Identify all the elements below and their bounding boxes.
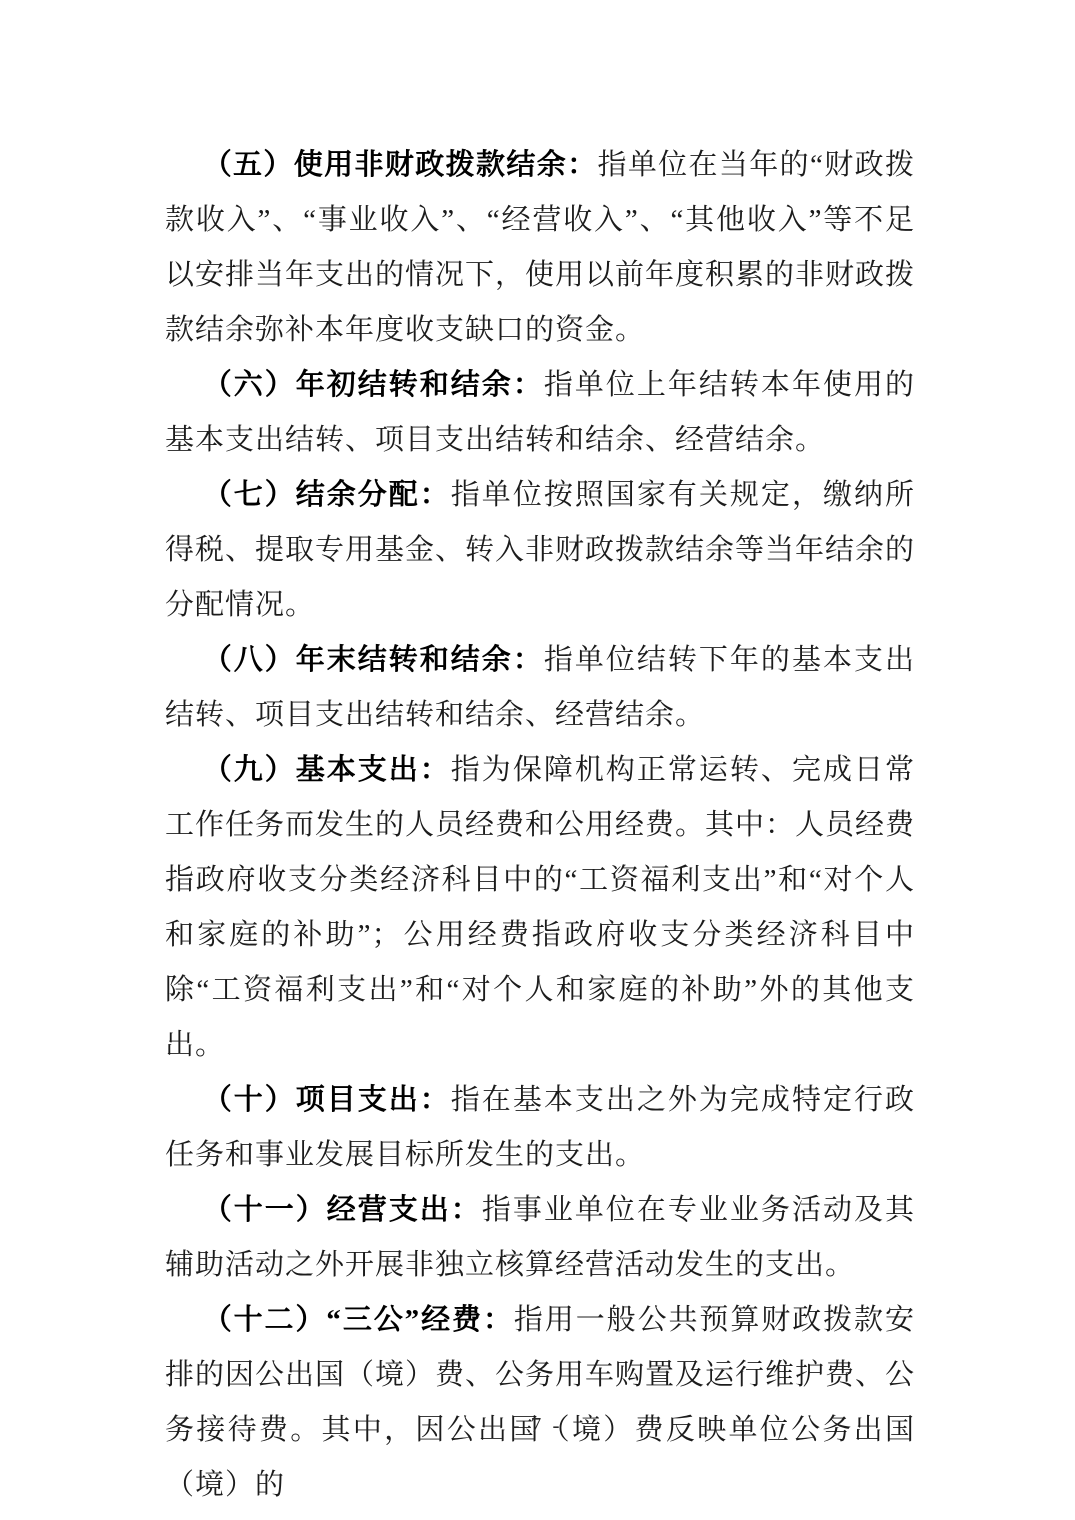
paragraph-body-text: 指为保障机构正常运转、完成日常工作任务而发生的人员经费和公用经费。其中：人员经费… (165, 754, 915, 1061)
paragraph: （七）结余分配：指单位按照国家有关规定，缴纳所得税、提取专用基金、转入非财政拨款… (165, 468, 915, 633)
paragraph: （五）使用非财政拨款结余：指单位在当年的“财政拨款收入”、“事业收入”、“经营收… (165, 138, 915, 358)
paragraph-lead-term: （七）结余分配： (203, 479, 451, 511)
page-number: - 7 - (0, 1413, 1075, 1438)
paragraph-lead-term: （六）年初结转和结余： (203, 369, 544, 401)
paragraph-lead-term: （五）使用非财政拨款结余： (203, 149, 598, 181)
paragraph: （十一）经营支出：指事业单位在专业业务活动及其辅助活动之外开展非独立核算经营活动… (165, 1183, 915, 1293)
paragraph-lead-term: （十）项目支出： (203, 1084, 451, 1116)
paragraph: （九）基本支出：指为保障机构正常运转、完成日常工作任务而发生的人员经费和公用经费… (165, 743, 915, 1073)
paragraph-lead-term: （十二）“三公”经费： (203, 1304, 514, 1336)
paragraph: （八）年末结转和结余：指单位结转下年的基本支出结转、项目支出结转和结余、经营结余… (165, 633, 915, 743)
paragraph: （十）项目支出：指在基本支出之外为完成特定行政任务和事业发展目标所发生的支出。 (165, 1073, 915, 1183)
paragraph-lead-term: （九）基本支出： (203, 754, 451, 786)
paragraph: （十二）“三公”经费：指用一般公共预算财政拨款安排的因公出国（境）费、公务用车购… (165, 1293, 915, 1513)
paragraph-lead-term: （八）年末结转和结余： (203, 644, 544, 676)
paragraph-lead-term: （十一）经营支出： (203, 1194, 482, 1226)
document-page: （五）使用非财政拨款结余：指单位在当年的“财政拨款收入”、“事业收入”、“经营收… (0, 0, 1075, 1520)
paragraph: （六）年初结转和结余：指单位上年结转本年使用的基本支出结转、项目支出结转和结余、… (165, 358, 915, 468)
document-content: （五）使用非财政拨款结余：指单位在当年的“财政拨款收入”、“事业收入”、“经营收… (165, 138, 915, 1513)
